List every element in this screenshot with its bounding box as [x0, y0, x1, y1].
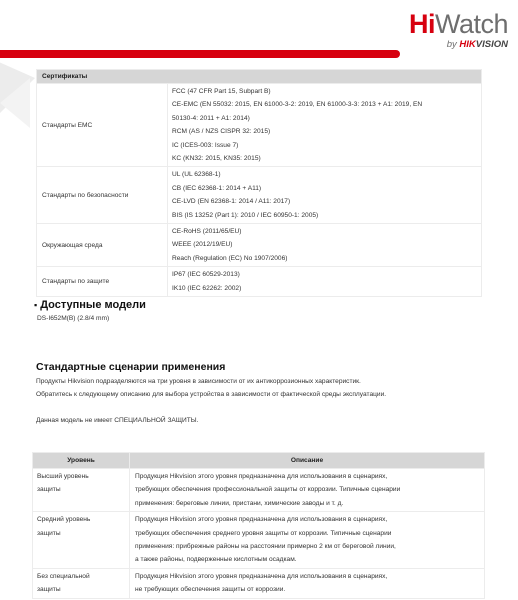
- bullet-icon: ▪: [34, 300, 37, 310]
- model-item: DS-I652M(B) (2.8/4 mm): [37, 315, 109, 322]
- certificate-value: IK10 (IEC 62262: 2002): [172, 282, 480, 295]
- level-description-line: требующих обеспечения среднего уровня за…: [135, 527, 483, 540]
- certificate-value: 50130-4: 2011 + A1: 2014): [172, 112, 480, 125]
- levels-header-description: Описание: [130, 453, 485, 469]
- certificates-header: Сертификаты: [37, 70, 482, 84]
- certificate-category: Стандарты EMC: [37, 84, 168, 167]
- certificate-value: WEEE (2012/19/EU): [172, 238, 480, 251]
- logo-hi: Hi: [409, 9, 435, 39]
- level-name-line: защиты: [37, 583, 128, 596]
- level-name-line: Средний уровень: [37, 513, 128, 526]
- level-description-line: Продукция Hikvision этого уровня предназ…: [135, 570, 483, 583]
- level-description: Продукция Hikvision этого уровня предназ…: [130, 568, 485, 598]
- level-description-line: не требующих обеспечения защиты от корро…: [135, 583, 483, 596]
- scenarios-paragraph-1: Продукты Hikvision подразделяются на три…: [36, 378, 361, 385]
- available-models-heading: ▪Доступные модели: [34, 299, 146, 311]
- certificate-value: BIS (IS 13252 (Part 1): 2010 / IEC 60950…: [172, 209, 480, 222]
- certificate-value: CE-LVD (EN 62368-1: 2014 / A11: 2017): [172, 195, 480, 208]
- hiwatch-logo: HiWatch by HIKVISION: [409, 10, 508, 50]
- logo-by: by: [447, 39, 460, 50]
- certificate-row: Стандарты по защитеIP67 (IEC 60529-2013)…: [37, 267, 482, 297]
- certificate-row: Окружающая средаCE-RoHS (2011/65/EU)WEEE…: [37, 224, 482, 267]
- certificate-values: UL (UL 62368-1)CB (IEC 62368-1: 2014 + A…: [168, 167, 482, 224]
- scenarios-paragraph-3: Данная модель не имеет СПЕЦИАЛЬНОЙ ЗАЩИТ…: [36, 417, 198, 424]
- certificate-row: Стандарты по безопасностиUL (UL 62368-1)…: [37, 167, 482, 224]
- level-name: Высший уровеньзащиты: [33, 469, 130, 512]
- level-name-line: защиты: [37, 527, 128, 540]
- logo-vision: VISION: [476, 39, 508, 50]
- logo-hik: HIK: [459, 39, 475, 50]
- level-description-line: применения: прибрежные районы на расстоя…: [135, 540, 483, 553]
- certificate-values: FCC (47 CFR Part 15, Subpart B)CE-EMC (E…: [168, 84, 482, 167]
- level-description-line: требующих обеспечения профессиональной з…: [135, 483, 483, 496]
- decorative-background-shape: [0, 58, 40, 128]
- certificate-value: KC (KN32: 2015, KN35: 2015): [172, 152, 480, 165]
- certificate-value: Reach (Regulation (EC) No 1907/2006): [172, 252, 480, 265]
- level-description-line: Продукция Hikvision этого уровня предназ…: [135, 513, 483, 526]
- certificate-value: IC (ICES-003: Issue 7): [172, 139, 480, 152]
- certificate-value: CE-RoHS (2011/65/EU): [172, 225, 480, 238]
- level-description-line: Продукция Hikvision этого уровня предназ…: [135, 470, 483, 483]
- certificate-value: UL (UL 62368-1): [172, 168, 480, 181]
- header-red-bar: [0, 50, 400, 58]
- certificate-category: Стандарты по безопасности: [37, 167, 168, 224]
- level-description: Продукция Hikvision этого уровня предназ…: [130, 469, 485, 512]
- level-row: Без специальнойзащитыПродукция Hikvision…: [33, 568, 485, 598]
- level-name-line: Без специальной: [37, 570, 128, 583]
- level-row: Средний уровеньзащитыПродукция Hikvision…: [33, 512, 485, 569]
- level-row: Высший уровеньзащитыПродукция Hikvision …: [33, 469, 485, 512]
- level-name: Средний уровеньзащиты: [33, 512, 130, 569]
- level-description: Продукция Hikvision этого уровня предназ…: [130, 512, 485, 569]
- levels-header-level: Уровень: [33, 453, 130, 469]
- certificate-values: CE-RoHS (2011/65/EU)WEEE (2012/19/EU)Rea…: [168, 224, 482, 267]
- certificates-table: Сертификаты Стандарты EMCFCC (47 CFR Par…: [36, 69, 482, 297]
- level-description-line: а также районы, подверженные кислотным о…: [135, 553, 483, 566]
- certificate-value: CE-EMC (EN 55032: 2015, EN 61000-3-2: 20…: [172, 98, 480, 111]
- scenarios-paragraph-2: Обратитесь к следующему описанию для выб…: [36, 391, 386, 398]
- level-name: Без специальнойзащиты: [33, 568, 130, 598]
- protection-levels-table: Уровень Описание Высший уровеньзащитыПро…: [32, 452, 485, 599]
- certificate-value: IP67 (IEC 60529-2013): [172, 268, 480, 281]
- certificate-value: RCM (AS / NZS CISPR 32: 2015): [172, 125, 480, 138]
- level-description-line: применения: береговые линии, пристани, х…: [135, 497, 483, 510]
- level-name-line: Высший уровень: [37, 470, 128, 483]
- certificate-category: Окружающая среда: [37, 224, 168, 267]
- scenarios-heading: Стандартные сценарии применения: [36, 361, 225, 373]
- level-name-line: защиты: [37, 483, 128, 496]
- logo-watch: Watch: [435, 9, 508, 39]
- available-models-title: Доступные модели: [40, 299, 146, 311]
- certificate-row: Стандарты EMCFCC (47 CFR Part 15, Subpar…: [37, 84, 482, 167]
- certificate-category: Стандарты по защите: [37, 267, 168, 297]
- certificate-value: CB (IEC 62368-1: 2014 + A11): [172, 182, 480, 195]
- certificate-value: FCC (47 CFR Part 15, Subpart B): [172, 85, 480, 98]
- certificate-values: IP67 (IEC 60529-2013)IK10 (IEC 62262: 20…: [168, 267, 482, 297]
